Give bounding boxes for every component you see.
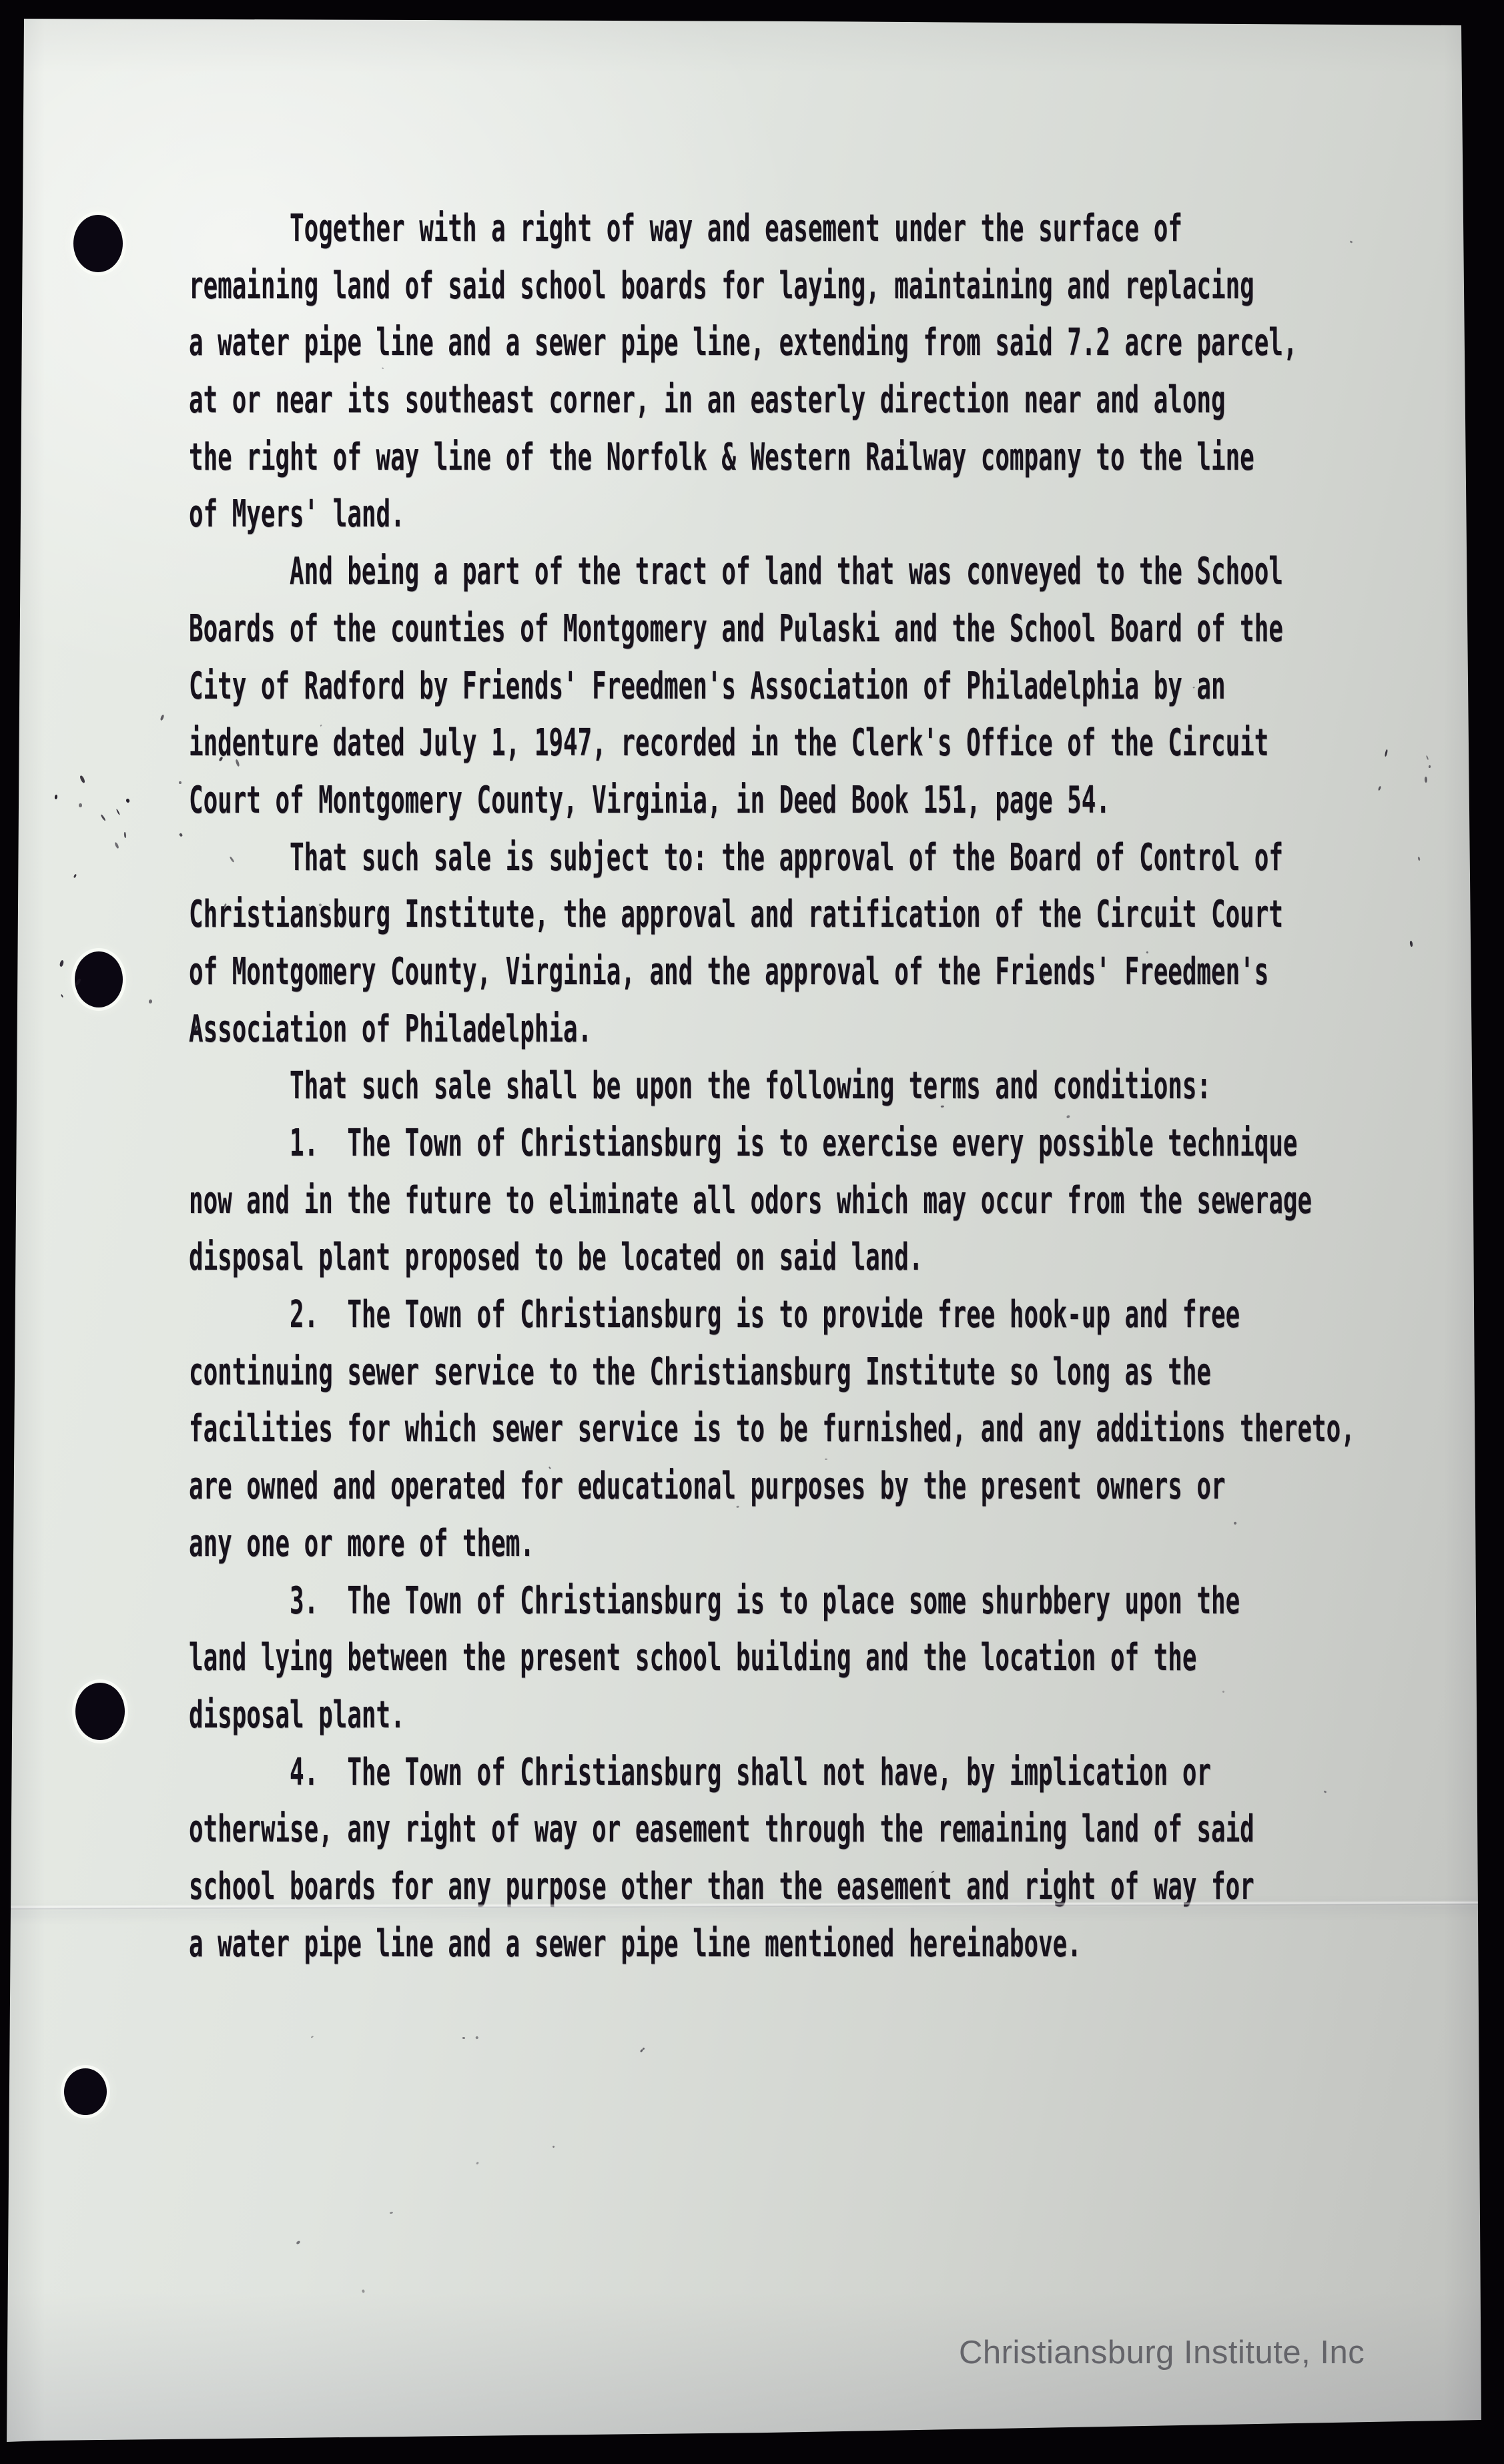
- typed-line: That such sale is subject to: the approv…: [189, 829, 1000, 887]
- typed-line: Boards of the counties of Montgomery and…: [189, 600, 1000, 658]
- typed-line: That such sale shall be upon the followi…: [189, 1058, 1000, 1115]
- typed-line: City of Radford by Friends' Freedmen's A…: [189, 658, 1000, 715]
- typed-line: of Myers' land.: [189, 486, 1000, 543]
- paper-sheet: Together with a right of way and easemen…: [0, 0, 1504, 2464]
- archive-watermark: Christiansburg Institute, Inc: [959, 2334, 1365, 2371]
- typed-line: remaining land of said school boards for…: [189, 258, 1000, 315]
- typed-line: 4. The Town of Christiansburg shall not …: [189, 1744, 1000, 1801]
- typed-line: Court of Montgomery County, Virginia, in…: [189, 772, 1000, 829]
- punch-hole: [75, 1683, 125, 1740]
- typed-text-block: Together with a right of way and easemen…: [189, 200, 1457, 1972]
- typed-line: a water pipe line and a sewer pipe line …: [189, 1916, 1000, 1973]
- typed-line: disposal plant proposed to be located on…: [189, 1229, 1000, 1286]
- typed-line: Association of Philadelphia.: [189, 1001, 1000, 1058]
- typed-line: now and in the future to eliminate all o…: [189, 1172, 1000, 1230]
- typed-line: 3. The Town of Christiansburg is to plac…: [189, 1573, 1000, 1630]
- scanned-document-page: Together with a right of way and easemen…: [0, 0, 1504, 2464]
- typed-line: Together with a right of way and easemen…: [189, 200, 1000, 258]
- punch-hole: [75, 951, 123, 1007]
- typed-line: facilities for which sewer service is to…: [189, 1400, 1000, 1458]
- typed-line: 1. The Town of Christiansburg is to exer…: [189, 1115, 1000, 1172]
- typed-line: of Montgomery County, Virginia, and the …: [189, 943, 1000, 1001]
- typed-line: continuing sewer service to the Christia…: [189, 1344, 1000, 1401]
- typed-line: Christiansburg Institute, the approval a…: [189, 886, 1000, 943]
- typed-line: otherwise, any right of way or easement …: [189, 1801, 1000, 1858]
- typed-line: indenture dated July 1, 1947, recorded i…: [189, 715, 1000, 772]
- punch-hole: [64, 2068, 107, 2115]
- typed-line: at or near its southeast corner, in an e…: [189, 372, 1000, 429]
- typed-line: land lying between the present school bu…: [189, 1629, 1000, 1687]
- punch-hole: [73, 215, 123, 272]
- typed-line: a water pipe line and a sewer pipe line,…: [189, 314, 1000, 372]
- typed-line: are owned and operated for educational p…: [189, 1458, 1000, 1515]
- typed-line: disposal plant.: [189, 1687, 1000, 1744]
- typed-line: the right of way line of the Norfolk & W…: [189, 429, 1000, 486]
- typed-line: 2. The Town of Christiansburg is to prov…: [189, 1286, 1000, 1344]
- typed-line: any one or more of them.: [189, 1515, 1000, 1573]
- typed-line: And being a part of the tract of land th…: [189, 543, 1000, 600]
